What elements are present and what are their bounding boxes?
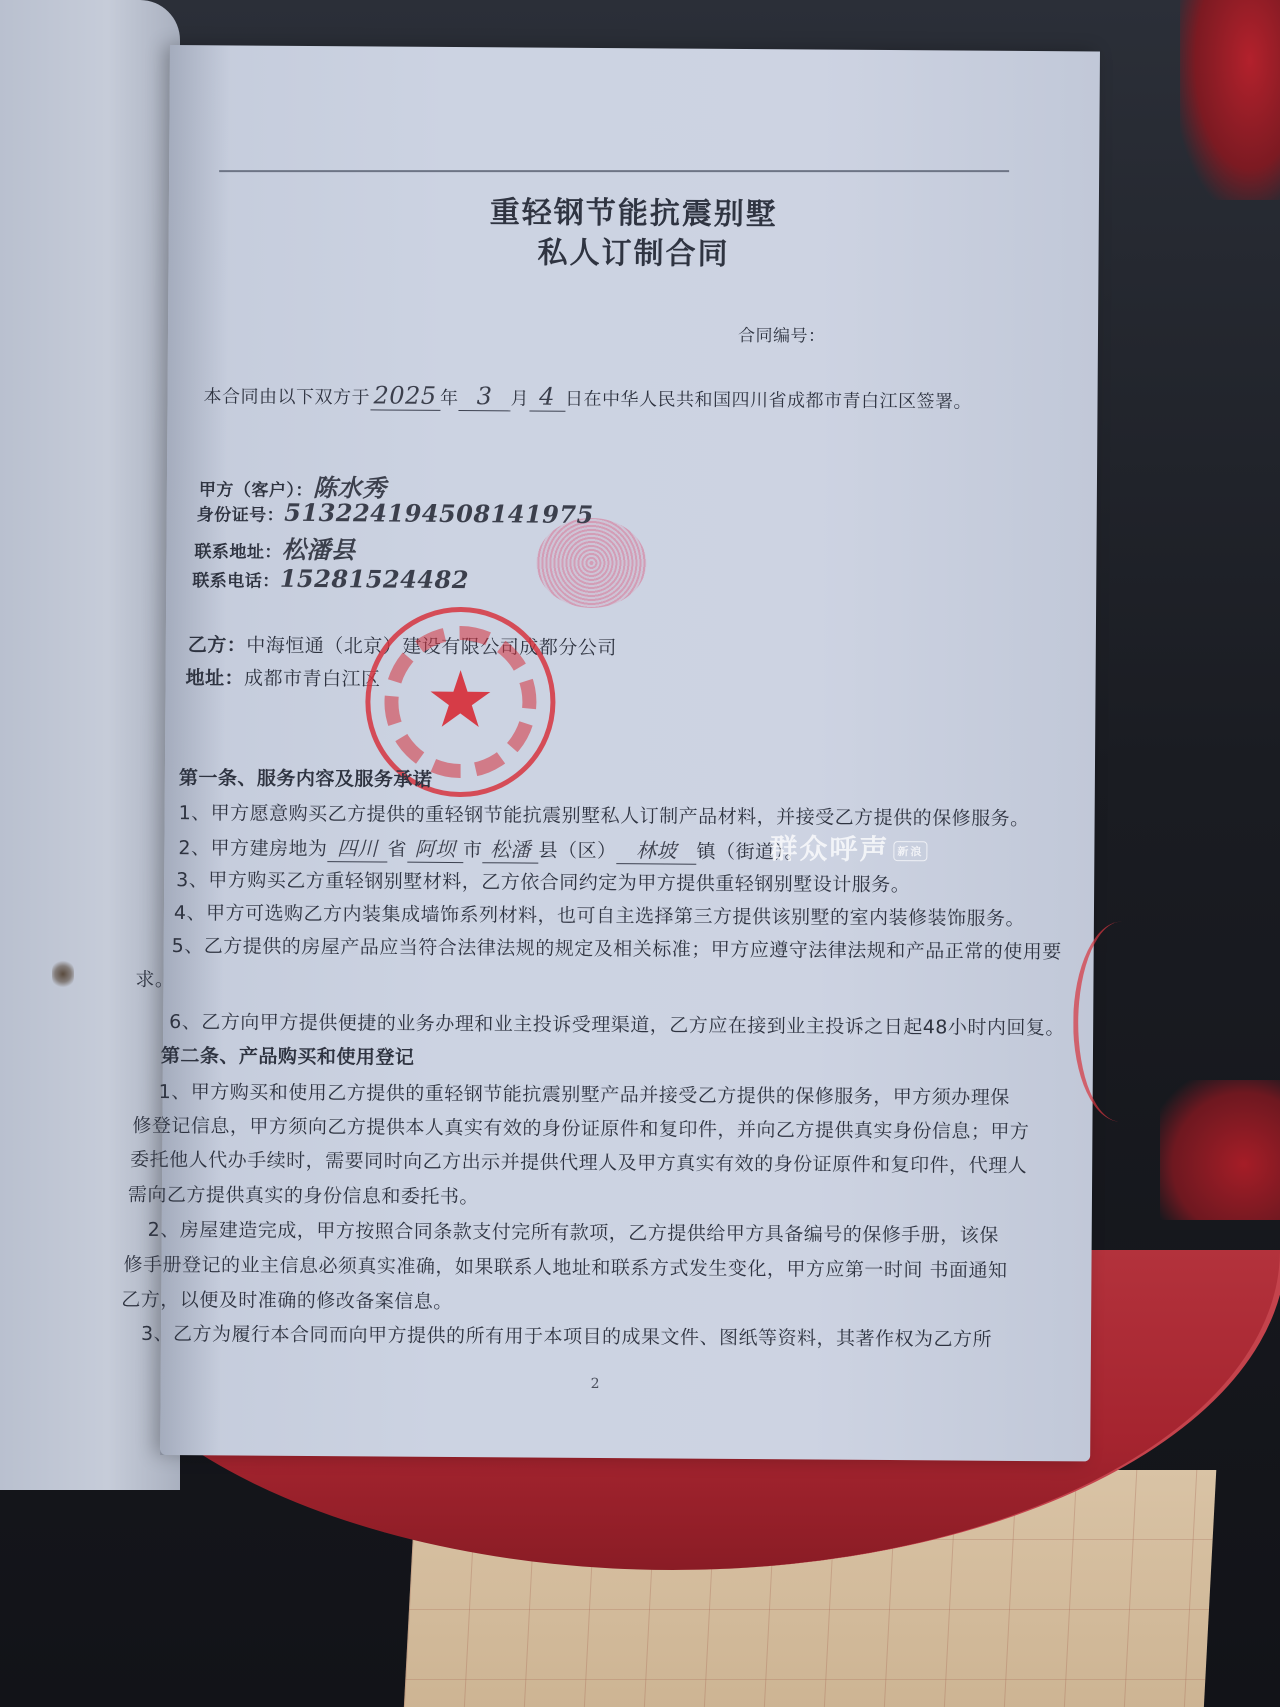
title-line2: 私人订制合同 bbox=[168, 225, 1098, 275]
party-a-id: 身份证号：513224194508141975 bbox=[197, 497, 594, 529]
section1-item4: 4、甲方可选购乙方内装集成墙饰系列材料，也可自主选择第三方提供该别墅的室内装修装… bbox=[174, 898, 1025, 931]
header-rule bbox=[219, 170, 1009, 172]
party-b-address: 地址：成都市青白江区 bbox=[185, 663, 380, 691]
fingerprint-mark bbox=[536, 518, 647, 609]
section1-item2: 2、甲方建房地为四川省阿坝市松潘县（区）林坡镇（街道）。 bbox=[178, 831, 804, 865]
sign-day: 4 bbox=[529, 383, 565, 412]
party-a-phone: 联系电话：15281524482 bbox=[192, 563, 469, 594]
party-a-id-value: 513224194508141975 bbox=[284, 498, 594, 529]
red-object-background bbox=[1160, 1080, 1280, 1220]
section2-item2-l3: 乙方，以便及时准确的修改备案信息。 bbox=[121, 1285, 453, 1314]
sign-month: 3 bbox=[458, 382, 510, 411]
star-icon: ★ bbox=[425, 661, 495, 739]
section1-item1: 1、甲方愿意购买乙方提供的重轻钢节能抗震别墅私人订制产品材料，并接受乙方提供的保… bbox=[179, 798, 1030, 831]
partial-seal bbox=[1073, 921, 1169, 1122]
section1-item5-cont: 求。 bbox=[135, 965, 174, 992]
section2-heading: 第二条、产品购买和使用登记 bbox=[161, 1041, 415, 1070]
section2-item3-l1: 3、乙方为履行本合同而向甲方提供的所有用于本项目的成果文件、图纸等资料，其著作权… bbox=[141, 1319, 992, 1352]
contract-no-label: 合同编号： bbox=[738, 321, 826, 347]
red-object-background bbox=[1180, 0, 1280, 200]
section2-item1-l4: 需向乙方提供真实的身份信息和委托书。 bbox=[128, 1180, 479, 1209]
page-number: 2 bbox=[591, 1376, 600, 1392]
party-a-address: 联系地址：松潘县 bbox=[194, 529, 355, 565]
section2-item2-l2: 修手册登记的业主信息必须真实准确，如果联系人地址和联系方式发生变化，甲方应第一时… bbox=[123, 1250, 1007, 1283]
party-a-address-value: 松潘县 bbox=[282, 535, 356, 565]
section2-item2-l1: 2、房屋建造完成，甲方按照合同条款支付完所有款项，乙方提供给甲方具备编号的保修手… bbox=[148, 1215, 999, 1248]
section2-item1-l2: 修登记信息，甲方须向乙方提供本人真实有效的身份证原件和复印件，并向乙方提供真实身… bbox=[132, 1111, 1029, 1144]
stain-mark bbox=[52, 960, 74, 988]
section1-heading: 第一条、服务内容及服务承诺 bbox=[179, 763, 433, 792]
party-a-phone-value: 15281524482 bbox=[280, 564, 469, 594]
section1-item5: 5、乙方提供的房屋产品应当符合法律法规的规定及相关标准；甲方应遵守法律法规和产品… bbox=[172, 931, 1062, 964]
contract-page: 重轻钢节能抗震别墅 私人订制合同 合同编号： 本合同由以下双方于2025年3月4… bbox=[160, 45, 1100, 1461]
sign-year: 2025 bbox=[370, 381, 440, 410]
section2-item1-l1: 1、甲方购买和使用乙方提供的重轻钢节能抗震别墅产品并接受乙方提供的保修服务，甲方… bbox=[159, 1077, 1010, 1110]
preamble: 本合同由以下双方于2025年3月4日在中华人民共和国四川省成都市青白江区签署。 bbox=[203, 380, 972, 414]
section1-item3: 3、甲方购买乙方重轻钢别墅材料，乙方依合同约定为甲方提供重轻钢别墅设计服务。 bbox=[176, 865, 910, 897]
watermark: 群众呼声新浪 bbox=[769, 827, 927, 868]
section1-item6: 6、乙方向甲方提供便捷的业务办理和业主投诉受理渠道，乙方应在接到业主投诉之日起4… bbox=[169, 1007, 1065, 1040]
section2-item1-l3: 委托他人代办手续时，需要同时向乙方出示并提供代理人及甲方真实有效的身份证原件和复… bbox=[130, 1145, 1027, 1178]
